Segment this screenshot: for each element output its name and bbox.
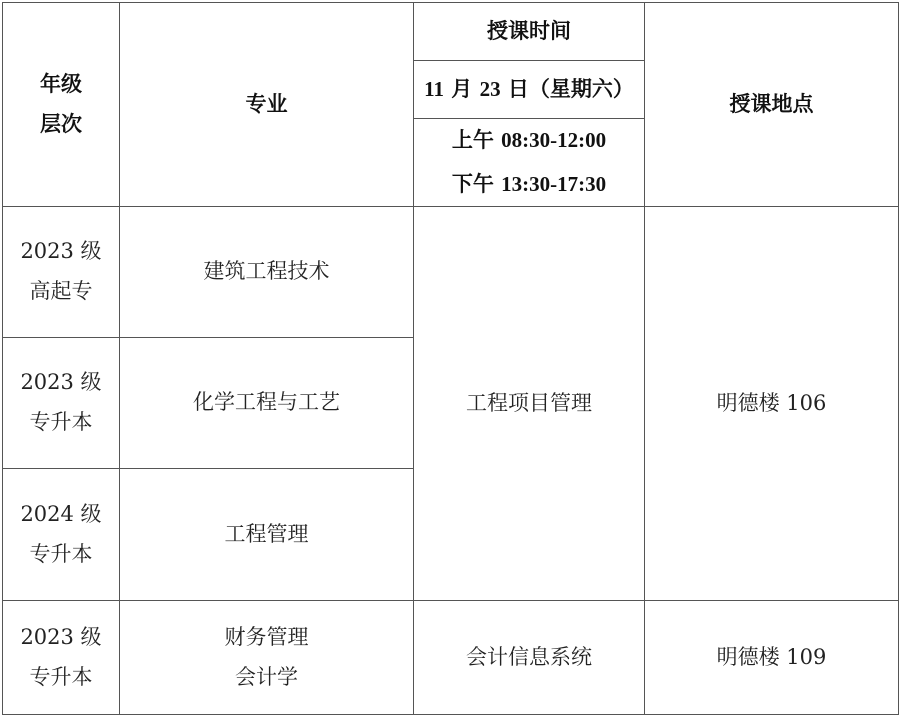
location-cell: 明德楼 109: [645, 601, 899, 715]
afternoon-time: 13:30-17:30: [501, 172, 606, 196]
major-name: 财务管理: [120, 618, 413, 658]
date-weekday: （星期六）: [529, 77, 634, 101]
header-time-slots: 上午 08:30-12:00 下午 13:30-17:30: [414, 119, 645, 207]
morning-label: 上午: [452, 128, 494, 152]
table-row: 2023 级 专升本 财务管理 会计学 会计信息系统 明德楼 109: [3, 601, 899, 715]
afternoon-slot: 下午 13:30-17:30: [414, 163, 644, 206]
grade-cell: 2024 级 专升本: [3, 469, 120, 601]
grade-cell: 2023 级 专升本: [3, 338, 120, 469]
grade-year: 2023 级: [3, 363, 119, 403]
grade-year: 2023 级: [3, 232, 119, 272]
header-major: 专业: [120, 3, 414, 207]
major-cell: 化学工程与工艺: [120, 338, 414, 469]
header-date: 11 月 23 日（星期六）: [414, 61, 645, 119]
major-name: 会计学: [120, 658, 413, 698]
grade-year: 2024 级: [3, 495, 119, 535]
location-cell: 明德楼 106: [645, 207, 899, 601]
grade-cell: 2023 级 专升本: [3, 601, 120, 715]
header-grade-level: 年级 层次: [3, 3, 120, 207]
header-row-1: 年级 层次 专业 授课时间 授课地点: [3, 3, 899, 61]
grade-year: 2023 级: [3, 618, 119, 658]
header-class-time: 授课时间: [414, 3, 645, 61]
major-cell: 财务管理 会计学: [120, 601, 414, 715]
major-cell: 建筑工程技术: [120, 207, 414, 338]
date-day: 23: [480, 77, 501, 101]
grade-level: 专升本: [3, 658, 119, 698]
course-cell: 会计信息系统: [414, 601, 645, 715]
grade-level: 专升本: [3, 535, 119, 575]
header-grade-label: 年级: [3, 65, 119, 105]
date-month: 11: [424, 77, 444, 101]
course-cell: 工程项目管理: [414, 207, 645, 601]
major-cell: 工程管理: [120, 469, 414, 601]
morning-slot: 上午 08:30-12:00: [414, 119, 644, 162]
grade-level: 高起专: [3, 272, 119, 312]
morning-time: 08:30-12:00: [501, 128, 606, 152]
date-month-unit: 月: [451, 77, 472, 101]
header-level-label: 层次: [3, 105, 119, 145]
course-schedule-table: 年级 层次 专业 授课时间 授课地点 11 月 23 日（星期六） 上午 08:…: [2, 2, 899, 715]
table-row: 2023 级 高起专 建筑工程技术 工程项目管理 明德楼 106: [3, 207, 899, 338]
date-day-unit: 日: [508, 77, 529, 101]
grade-cell: 2023 级 高起专: [3, 207, 120, 338]
afternoon-label: 下午: [452, 172, 494, 196]
header-location: 授课地点: [645, 3, 899, 207]
grade-level: 专升本: [3, 403, 119, 443]
